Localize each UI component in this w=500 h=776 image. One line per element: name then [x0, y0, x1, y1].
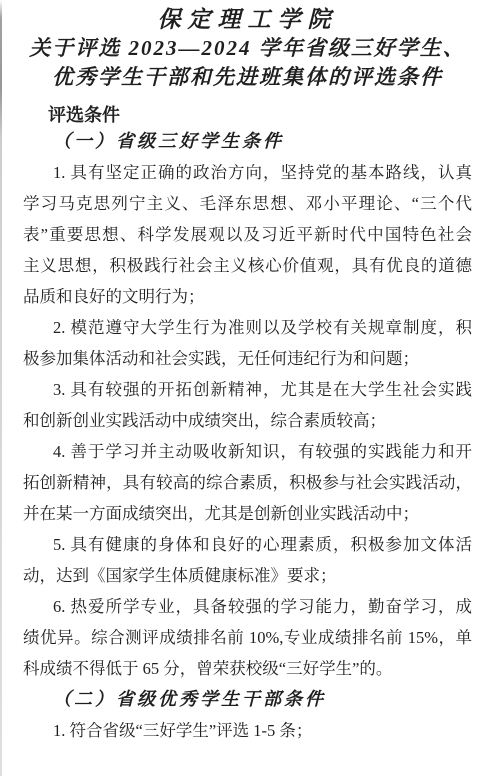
- paragraph-line: 1. 具有坚定正确的政治方向，坚持党的基本路线，认真: [23, 157, 472, 188]
- document-content: 保定理工学院 关于评选 2023—2024 学年省级三好学生、 优秀学生干部和先…: [0, 0, 500, 746]
- paragraph-line: 品质和良好的文明行为；: [23, 281, 472, 312]
- heading-line-2: 优秀学生干部和先进班集体的评选条件: [23, 63, 472, 92]
- paragraph-line: 4. 善于学习并主动吸收新知识，有较强的实践能力和开: [23, 436, 472, 467]
- paragraph-line: 动，达到《国家学生体质健康标准》要求；: [23, 560, 472, 591]
- paragraph-line: 绩优异。综合测评成绩排名前 10%,专业成绩排名前 15%，单: [23, 622, 472, 653]
- paragraph-line: 6. 热爱所学专业，具备较强的学习能力，勤奋学习，成: [23, 591, 472, 622]
- scan-edge-artifact: [0, 0, 2, 776]
- paragraph-line: 极参加集体活动和社会实践，无任何违纪行为和问题；: [23, 343, 472, 374]
- document-title: 保定理工学院: [23, 6, 472, 34]
- sections-container: （一）省级三好学生条件1. 具有坚定正确的政治方向，坚持党的基本路线，认真学习马…: [23, 126, 472, 746]
- paragraph-line: 学习马克思列宁主义、毛泽东思想、邓小平理论、“三个代: [23, 188, 472, 219]
- paragraph-line: 科成绩不得低于 65 分，曾荣获校级“三好学生”的。: [23, 653, 472, 684]
- paragraph-line: 5. 具有健康的身体和良好的心理素质，积极参加文体活: [23, 529, 472, 560]
- document-heading: 关于评选 2023—2024 学年省级三好学生、 优秀学生干部和先进班集体的评选…: [23, 34, 472, 92]
- document-page: 保定理工学院 关于评选 2023—2024 学年省级三好学生、 优秀学生干部和先…: [0, 0, 500, 776]
- paragraph-line: 并在某一方面成绩突出，尤其是创新创业实践活动中；: [23, 498, 472, 529]
- paragraph-line: 拓创新精神，具有较高的综合素质，积极参与社会实践活动，: [23, 467, 472, 498]
- paragraph-line: 和创新创业实践活动中成绩突出，综合素质较高；: [23, 405, 472, 436]
- paragraph-line: 1. 符合省级“三好学生”评选 1-5 条；: [23, 715, 472, 746]
- section-heading-1: （一）省级三好学生条件: [23, 126, 472, 157]
- paragraph-line: 主义思想，积极践行社会主义核心价值观，具有优良的道德: [23, 250, 472, 281]
- paragraph-line: 3. 具有较强的开拓创新精神，尤其是在大学生社会实践: [23, 374, 472, 405]
- paragraph-line: 2. 模范遵守大学生行为准则以及学校有关规章制度，积: [23, 312, 472, 343]
- section-heading-2: （二）省级优秀学生干部条件: [23, 684, 472, 715]
- paragraph-line: 表”重要思想、科学发展观以及习近平新时代中国特色社会: [23, 219, 472, 250]
- criteria-label: 评选条件: [23, 104, 472, 126]
- heading-line-1: 关于评选 2023—2024 学年省级三好学生、: [23, 34, 472, 63]
